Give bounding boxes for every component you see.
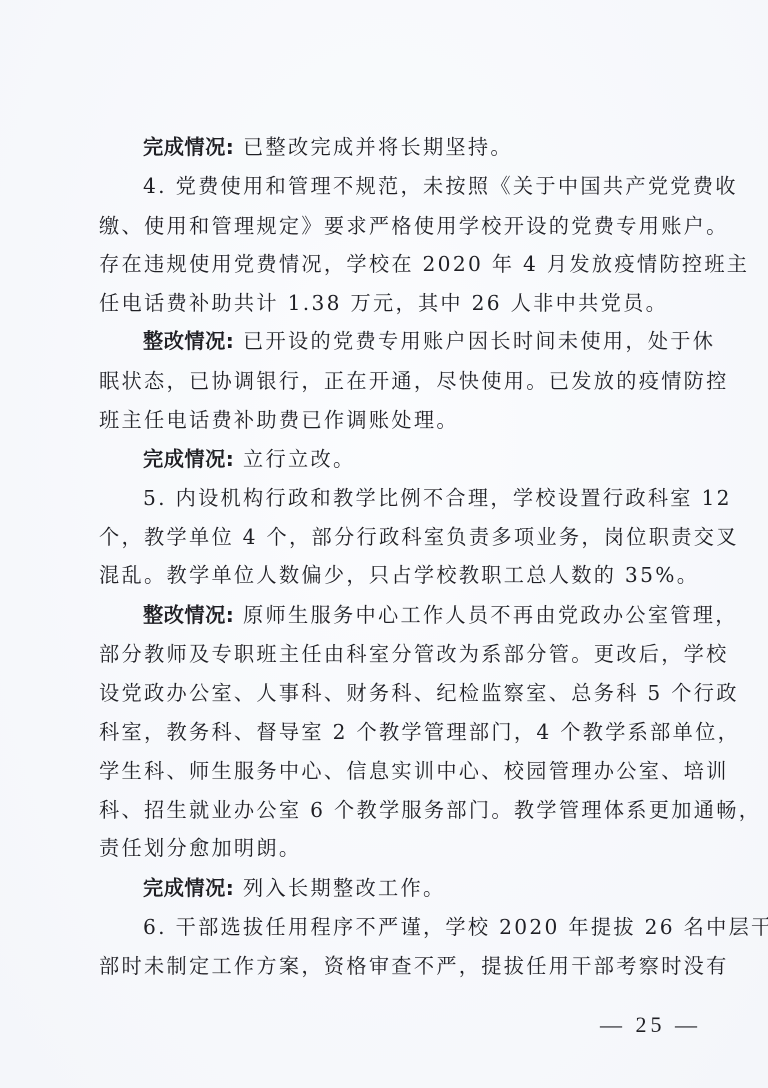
line-text: 部分教师及专职班主任由科室分管改为系部分管。更改后，学校	[99, 642, 729, 666]
status-paragraph-line: 完成情况: 列入长期整改工作。	[143, 869, 674, 908]
line-text: 科、招生就业办公室 6 个教学服务部门。教学管理体系更加通畅，	[99, 798, 761, 822]
text-line: 6. 干部选拔任用程序不严谨，学校 2020 年提拔 26 名中层干	[143, 908, 674, 947]
document-page: 完成情况: 已整改完成并将长期坚持。4. 党费使用和管理不规范，未按照《关于中国…	[0, 0, 768, 1088]
line-text: 已整改完成并将长期坚持。	[234, 135, 513, 159]
page-number: — 25 —	[600, 1012, 701, 1038]
line-text: 设党政办公室、人事科、财务科、纪检监察室、总务科 5 个行政	[99, 681, 739, 705]
text-line: 班主任电话费补助费已作调账处理。	[99, 401, 674, 440]
text-line: 科、招生就业办公室 6 个教学服务部门。教学管理体系更加通畅，	[99, 791, 674, 830]
text-line: 科室，教务科、督导室 2 个教学管理部门，4 个教学系部单位，	[99, 713, 674, 752]
line-text: 存在违规使用党费情况，学校在 2020 年 4 月发放疫情防控班主	[99, 252, 749, 276]
text-line: 设党政办公室、人事科、财务科、纪检监察室、总务科 5 个行政	[99, 674, 674, 713]
line-text: 部时未制定工作方案，资格审查不严，提拔任用干部考察时没有	[99, 954, 729, 978]
line-text: 立行立改。	[234, 447, 355, 471]
status-label: 整改情况:	[143, 329, 234, 353]
line-text: 原师生服务中心工作人员不再由党政办公室管理，	[234, 603, 737, 627]
text-line: 4. 党费使用和管理不规范，未按照《关于中国共产党党费收	[143, 167, 674, 206]
text-line: 部分教师及专职班主任由科室分管改为系部分管。更改后，学校	[99, 635, 674, 674]
text-line: 任电话费补助共计 1.38 万元，其中 26 人非中共党员。	[99, 284, 674, 323]
status-paragraph-line: 整改情况: 已开设的党费专用账户因长时间未使用，处于休	[143, 322, 674, 361]
line-text: 5. 内设机构行政和教学比例不合理，学校设置行政科室 12	[143, 486, 732, 510]
status-paragraph-line: 完成情况: 已整改完成并将长期坚持。	[143, 128, 674, 167]
line-text: 责任划分愈加明朗。	[99, 836, 301, 860]
status-label: 完成情况:	[143, 135, 234, 159]
text-line: 存在违规使用党费情况，学校在 2020 年 4 月发放疫情防控班主	[99, 245, 674, 284]
text-line: 责任划分愈加明朗。	[99, 829, 674, 868]
line-text: 混乱。教学单位人数偏少，只占学校教职工总人数的 35%。	[99, 563, 699, 587]
text-line: 混乱。教学单位人数偏少，只占学校教职工总人数的 35%。	[99, 556, 674, 595]
line-text: 任电话费补助共计 1.38 万元，其中 26 人非中共党员。	[99, 291, 668, 315]
status-paragraph-line: 整改情况: 原师生服务中心工作人员不再由党政办公室管理，	[143, 596, 674, 635]
line-text: 列入长期整改工作。	[234, 876, 445, 900]
text-line: 学生科、师生服务中心、信息实训中心、校园管理办公室、培训	[99, 752, 674, 791]
text-line: 缴、使用和管理规定》要求严格使用学校开设的党费专用账户。	[99, 207, 674, 246]
status-label: 完成情况:	[143, 876, 234, 900]
line-text: 4. 党费使用和管理不规范，未按照《关于中国共产党党费收	[143, 174, 738, 198]
text-line: 部时未制定工作方案，资格审查不严，提拔任用干部考察时没有	[99, 947, 674, 986]
line-text: 学生科、师生服务中心、信息实训中心、校园管理办公室、培训	[99, 759, 729, 783]
line-text: 眠状态，已协调银行，正在开通，尽快使用。已发放的疫情防控	[99, 369, 729, 393]
text-line: 眠状态，已协调银行，正在开通，尽快使用。已发放的疫情防控	[99, 362, 674, 401]
line-text: 个，教学单位 4 个，部分行政科室负责多项业务，岗位职责交叉	[99, 525, 739, 549]
status-paragraph-line: 完成情况: 立行立改。	[143, 440, 674, 479]
line-text: 已开设的党费专用账户因长时间未使用，处于休	[234, 329, 715, 353]
text-line: 5. 内设机构行政和教学比例不合理，学校设置行政科室 12	[143, 479, 674, 518]
line-text: 缴、使用和管理规定》要求严格使用学校开设的党费专用账户。	[99, 214, 729, 238]
line-text: 6. 干部选拔任用程序不严谨，学校 2020 年提拔 26 名中层干	[143, 915, 768, 939]
text-line: 个，教学单位 4 个，部分行政科室负责多项业务，岗位职责交叉	[99, 518, 674, 557]
line-text: 班主任电话费补助费已作调账处理。	[99, 408, 459, 432]
status-label: 完成情况:	[143, 447, 234, 471]
line-text: 科室，教务科、督导室 2 个教学管理部门，4 个教学系部单位，	[99, 720, 740, 744]
status-label: 整改情况:	[143, 603, 234, 627]
